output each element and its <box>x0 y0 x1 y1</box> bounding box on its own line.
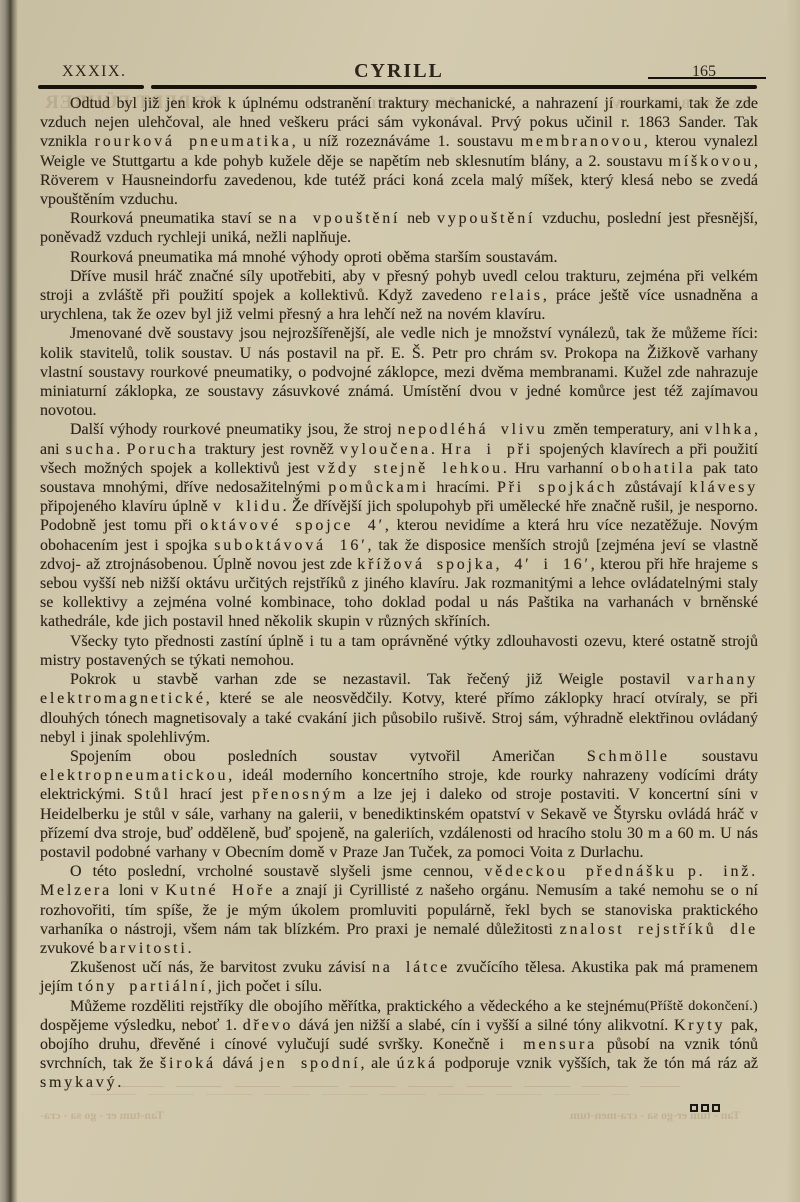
emphasized-text: klávesy <box>690 479 758 496</box>
scan-left-edge-shadow <box>0 0 18 1202</box>
emphasized-text: pomůckami <box>328 479 429 496</box>
text-run: podporuje vznik vyšších, tak že tón má r… <box>438 1055 758 1072</box>
emphasized-text: nepodléhá vlivu <box>397 421 547 438</box>
paragraph: Rourková pneumatika staví se na vpouštěn… <box>40 209 758 247</box>
paragraph: Další výhody rourkové pneumatiky jsou, ž… <box>40 420 758 631</box>
paragraph: Všecky tyto přednosti zastíní úplně i tu… <box>40 632 758 670</box>
emphasized-text: přenosným <box>252 786 348 803</box>
emphasized-text: sucha <box>66 441 116 458</box>
bleed-through-footer: Tan-tum er - go sa - cra- Tan - tum er-g… <box>40 1108 740 1123</box>
text-run: O této poslední, vrcholné soustavě slyše… <box>70 863 484 880</box>
emphasized-text: křížová spojka, 4′ i 16′ <box>357 556 591 573</box>
page-header: XXXIX. CYRILL 165 <box>40 60 758 86</box>
text-run: připojeného klavíru úplně <box>40 498 213 515</box>
end-mark <box>687 1099 720 1117</box>
scanned-journal-page: { "header": { "volume": "XXXIX.", "journ… <box>0 0 800 1202</box>
end-mark-square <box>701 1104 709 1112</box>
emphasized-text: Stůl <box>134 786 171 803</box>
emphasized-text: rourková pneumatika <box>95 133 292 150</box>
text-run: Pokrok u stavbě varhan zde se nezastavil… <box>70 671 687 688</box>
text-run: Spojením obou posledních soustav vytvoři… <box>70 748 587 765</box>
text-run: traktury jest rovněž <box>199 441 340 458</box>
end-mark-square <box>690 1104 698 1112</box>
emphasized-text: vždy stejně lehkou <box>317 460 503 477</box>
emphasized-text: Při spojkách <box>497 479 618 496</box>
text-run <box>677 863 688 880</box>
text-run: . <box>431 441 441 458</box>
emphasized-text: suboktávová 16′ <box>214 537 367 554</box>
text-run: hracími. <box>429 479 497 496</box>
bleed-through-staff-line <box>60 1086 680 1087</box>
paragraph: Odtud byl již jen krok k úplnému odstran… <box>40 94 758 209</box>
text-run: dává jen nižší a slabé, cín i vyšší a si… <box>293 1017 674 1034</box>
emphasized-text: i mensura <box>499 1036 597 1053</box>
emphasized-text: relais <box>491 287 542 304</box>
emphasized-text: úzká <box>396 1055 437 1072</box>
emphasized-text: smykavý <box>40 1074 117 1091</box>
emphasized-text: barvitosti <box>99 940 187 957</box>
text-run: Jmenované dvě soustavy jsou nejrozšířeně… <box>40 325 758 419</box>
emphasized-text: široká <box>160 1055 216 1072</box>
emphasized-text: elektropneumatickou <box>40 767 228 784</box>
paragraph: Spojením obou posledních soustav vytvoři… <box>40 747 758 862</box>
emphasized-text: Hra i při <box>441 441 533 458</box>
emphasized-text: Porucha <box>126 441 198 458</box>
emphasized-text: vypouštění <box>437 210 535 227</box>
text-run: dává <box>216 1055 260 1072</box>
paragraph: O této poslední, vrcholné soustavě slyše… <box>40 862 758 958</box>
emphasized-text: oktávové spojce 4′ <box>200 517 385 534</box>
text-run: , ale <box>360 1055 396 1072</box>
emphasized-text: vědeckou přednášku <box>484 863 676 880</box>
text-run: , jich počet i sílu. <box>208 978 322 995</box>
emphasized-text: na látce <box>372 959 450 976</box>
emphasized-text: jen spodní <box>260 1055 361 1072</box>
emphasized-text: Schmölle <box>587 748 670 765</box>
text-run: . <box>116 441 126 458</box>
emphasized-text: vlhka <box>704 421 754 438</box>
header-rule-left <box>38 85 144 89</box>
emphasized-text: obohatila <box>611 460 696 477</box>
emphasized-text: Kutné Hoře <box>165 882 275 899</box>
text-run: hrací jest <box>171 786 252 803</box>
emphasized-text: membranovou <box>521 133 644 150</box>
article-body: Odtud byl již jen krok k úplnému odstran… <box>40 94 758 1093</box>
text-run: loni v <box>112 882 165 899</box>
text-run: Zkušenost učí nás, že barvitost zvuku zá… <box>70 959 372 976</box>
text-run: zvukové <box>40 940 99 957</box>
paragraph: Dříve musil hráč značné síly upotřebiti,… <box>40 267 758 325</box>
text-run: Všecky tyto přednosti zastíní úplně i tu… <box>40 633 758 669</box>
paragraph: Pokrok u stavbě varhan zde se nezastavil… <box>40 670 758 747</box>
journal-title: CYRILL <box>40 60 758 83</box>
text-run: neb <box>400 210 437 227</box>
emphasized-text: míškovou <box>668 153 754 170</box>
text-run: soustavu <box>670 748 758 765</box>
emphasized-text: tóny partiální <box>78 978 208 995</box>
text-run: změn temperatury, ani <box>548 421 705 438</box>
paragraph: Zkušenost učí nás, že barvitost zvuku zá… <box>40 958 758 996</box>
text-run: Rourková pneumatika staví se <box>70 210 279 227</box>
paragraph: (Příště dokončení.)Můžeme rozděliti rejs… <box>40 997 758 1093</box>
text-run: , u níž rozeznáváme 1. soustavu <box>292 133 521 150</box>
text-run: . Hru varhanní <box>503 460 611 477</box>
text-run: zůstávají <box>618 479 690 496</box>
header-rule-thin <box>648 77 766 79</box>
text-run: Další výhody rourkové pneumatiky jsou, ž… <box>70 421 397 438</box>
continuation-note: (Příště dokončení.) <box>645 997 758 1016</box>
emphasized-text: Kryty <box>674 1017 725 1034</box>
text-run: . <box>188 940 192 957</box>
paragraph: Rourková pneumatika má mnohé výhody opro… <box>40 248 758 267</box>
emphasized-text: dřevo <box>243 1017 293 1034</box>
emphasized-text: na vpouštění <box>279 210 401 227</box>
text-run: Rourková pneumatika má mnohé výhody opro… <box>70 249 557 266</box>
text-run: . <box>117 1074 121 1091</box>
emphasized-text: vyloučena <box>340 441 431 458</box>
bleed-through-staff-line <box>90 1094 630 1095</box>
header-rule-right <box>151 85 757 89</box>
emphasized-text: v klidu <box>213 498 283 515</box>
emphasized-text: znalost rejstříků dle <box>560 921 758 938</box>
bleed-through-text: Tan-tum er - go sa - cra- <box>40 1108 164 1123</box>
end-mark-square <box>712 1104 720 1112</box>
scan-right-edge-shadow <box>786 0 800 1202</box>
paragraph: Jmenované dvě soustavy jsou nejrozšířeně… <box>40 324 758 420</box>
